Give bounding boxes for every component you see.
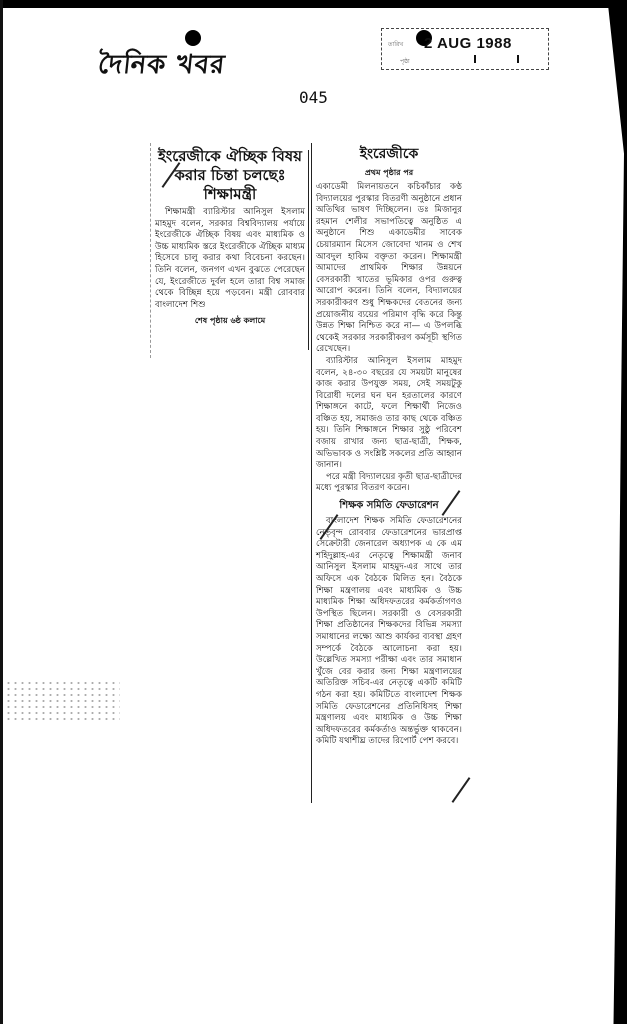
- stamp-label-date: তারিখ: [388, 39, 403, 50]
- article-clip-right: ইংরেজীকে প্রথম পৃষ্ঠার পর একাডেমী মিলনায…: [311, 143, 466, 803]
- article-paragraph: ব্যারিস্টার আনিসুল ইসলাম মাহমুদ বলেন, ২৪…: [312, 356, 466, 472]
- scan-edge-left: [0, 0, 3, 1024]
- scan-edge-right: [597, 0, 627, 1024]
- page-number: 045: [299, 88, 328, 107]
- scan-noise: [5, 680, 120, 720]
- stamp-date: 2 AUG 1988: [424, 35, 512, 52]
- stamp-label-page: পৃষ্ঠা: [400, 56, 410, 67]
- article-paragraph: বাংলাদেশ শিক্ষক সমিতি ফেডারেশনের নেতৃবৃন…: [312, 516, 466, 748]
- article-body: শিক্ষামন্ত্রী ব্যারিস্টার আনিসুল ইসলাম ম…: [151, 207, 309, 311]
- stamp-mark: [517, 55, 519, 63]
- article-subhead: প্রথম পৃষ্ঠার পর: [312, 167, 466, 180]
- article-headline: ইংরেজীকে ঐচ্ছিক বিষয় করার চিন্তা চলছেঃ …: [151, 147, 309, 204]
- article-headline: ইংরেজীকে: [312, 145, 466, 164]
- newspaper-masthead: দৈনিক খবর: [96, 44, 228, 88]
- stamp-mark: [474, 55, 476, 63]
- scan-edge-top: [0, 0, 627, 8]
- article-paragraph: পরে মন্ত্রী বিদ্যালয়ের কৃতী ছাত্র-ছাত্র…: [312, 472, 466, 495]
- article-clip-left: ইংরেজীকে ঐচ্ছিক বিষয় করার চিন্তা চলছেঃ …: [150, 143, 309, 358]
- article-paragraph: একাডেমী মিলনায়তনে কচিকাঁচার কণ্ঠ বিদ্যা…: [312, 182, 466, 356]
- continuation-note: শেষ পৃষ্ঠায় ৬ষ্ঠ কলামে: [151, 315, 309, 328]
- date-stamp: তারিখ 2 AUG 1988 পৃষ্ঠা: [381, 28, 549, 70]
